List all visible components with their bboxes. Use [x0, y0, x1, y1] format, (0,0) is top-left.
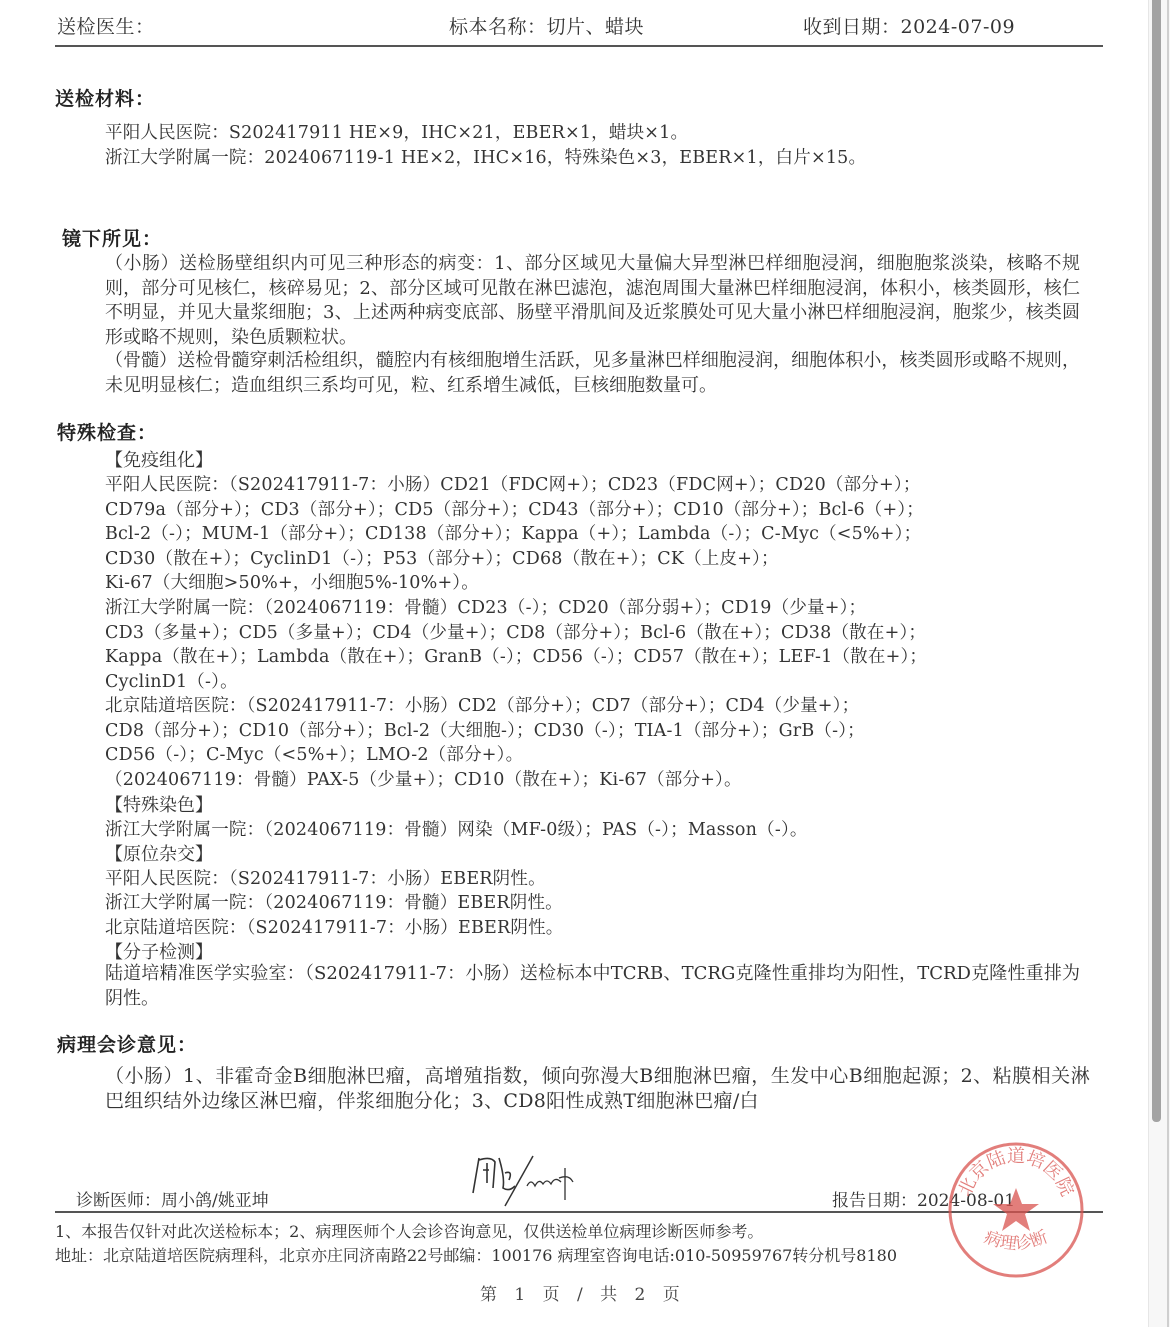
ish-heading: 【原位杂交】 [105, 840, 213, 866]
ihc-line: CD30（散在+）；CyclinD1（-）；P53（部分+）；CD68（散在+）… [105, 545, 779, 570]
ish-line: 平阳人民医院：（S202417911-7：小肠）EBER阴性。 [105, 865, 546, 890]
page-indicator: 第 1 页 / 共 2 页 [480, 1280, 686, 1305]
specimen-name: 标本名称：切片、蜡块 [449, 12, 644, 39]
microscopy-paragraph: （小肠）送检肠壁组织内可见三种形态的病变：1、部分区域见大量偏大异型淋巴样细胞浸… [105, 252, 1080, 350]
handwritten-signature [465, 1148, 605, 1208]
ish-line: 浙江大学附属一院：（2024067119：骨髓）EBER阴性。 [105, 889, 563, 914]
ihc-line: 浙江大学附属一院：（2024067119：骨髓）CD23（-）；CD20（部分弱… [105, 594, 866, 619]
ish-line: 北京陆道培医院：（S202417911-7：小肠）EBER阴性。 [105, 914, 563, 939]
opinion-title: 病理会诊意见： [57, 1030, 197, 1057]
special-exam-title: 特殊检查： [57, 418, 157, 445]
ihc-line: CD3（多量+）；CD5（多量+）；CD4（少量+）；CD8（部分+）；Bcl-… [105, 619, 926, 644]
report-header: 送检医生： 标本名称：切片、蜡块 收到日期：2024-07-09 [57, 12, 1102, 42]
ihc-line: 北京陆道培医院：（S202417911-7：小肠）CD2（部分+）；CD7（部分… [105, 692, 859, 717]
materials-title: 送检材料： [55, 84, 155, 111]
ihc-line: Ki-67（大细胞>50%+，小细胞5%-10%+）。 [105, 569, 479, 594]
molecular-text: 陆道培精准医学实验室：（S202417911-7：小肠）送检标本中TCRB、TC… [105, 962, 1080, 1011]
ihc-heading: 【免疫组化】 [105, 446, 213, 472]
special-stain-line: 浙江大学附属一院：（2024067119：骨髓）网染（MF-0级）；PAS（-）… [105, 816, 808, 841]
opinion-text: （小肠）1、非霍奇金B细胞淋巴瘤，高增殖指数，倾向弥漫大B细胞淋巴瘤，生发中心B… [105, 1064, 1090, 1114]
microscopy-paragraph: （骨髓）送检骨髓穿刺活检组织，髓腔内有核细胞增生活跃，见多量淋巴样细胞浸润，细胞… [105, 349, 1080, 398]
materials-line: 浙江大学附属一院：2024067119-1 HE×2，IHC×16，特殊染色×3… [105, 144, 866, 169]
received-date: 收到日期：2024-07-09 [803, 12, 1015, 39]
report-page: 送检医生： 标本名称：切片、蜡块 收到日期：2024-07-09 送检材料： 平… [0, 0, 1148, 1327]
molecular-heading: 【分子检测】 [105, 938, 213, 964]
ihc-line: 平阳人民医院：（S202417911-7：小肠）CD21（FDC网+）；CD23… [105, 471, 921, 496]
ihc-line: （2024067119：骨髓）PAX-5（少量+）；CD10（散在+）；Ki-6… [105, 766, 742, 791]
window-edge [1167, 0, 1169, 1327]
ihc-line: CyclinD1（-）。 [105, 668, 238, 693]
microscopy-title: 镜下所见： [62, 224, 162, 251]
hospital-seal-stamp: 北京陆道培医院 病理诊断 [946, 1140, 1086, 1280]
star-icon [993, 1188, 1039, 1231]
ihc-line: Bcl-2（-）；MUM-1（部分+）；CD138（部分+）；Kappa（+）；… [105, 520, 921, 545]
referring-doctor-label: 送检医生： [57, 12, 155, 39]
diagnosing-doctor: 诊断医师：周小鸽/姚亚坤 [76, 1186, 269, 1211]
stamp-bottom-text: 病理诊断 [981, 1227, 1050, 1254]
ihc-line: CD8（部分+）；CD10（部分+）；Bcl-2（大细胞-）；CD30（-）；T… [105, 717, 865, 742]
special-stain-heading: 【特殊染色】 [105, 791, 213, 817]
ihc-line: CD56（-）；C-Myc（<5%+）；LMO-2（部分+）。 [105, 741, 523, 766]
materials-line: 平阳人民医院：S202417911 HE×9，IHC×21，EBER×1，蜡块×… [105, 119, 688, 144]
header-divider [55, 45, 1103, 47]
ihc-line: CD79a（部分+）；CD3（部分+）；CD5（部分+）；CD43（部分+）；C… [105, 496, 924, 521]
ihc-line: Kappa（散在+）；Lambda（散在+）；GranB（-）；CD56（-）；… [105, 643, 927, 668]
disclaimer-note: 1、本报告仅针对此次送检标本；2、病理医师个人会诊咨询意见，仅供送检单位病理诊断… [55, 1219, 763, 1242]
vertical-scrollbar-thumb[interactable] [1152, 0, 1161, 1122]
address-line: 地址：北京陆道培医院病理科，北京亦庄同济南路22号邮编：100176 病理室咨询… [55, 1243, 897, 1266]
